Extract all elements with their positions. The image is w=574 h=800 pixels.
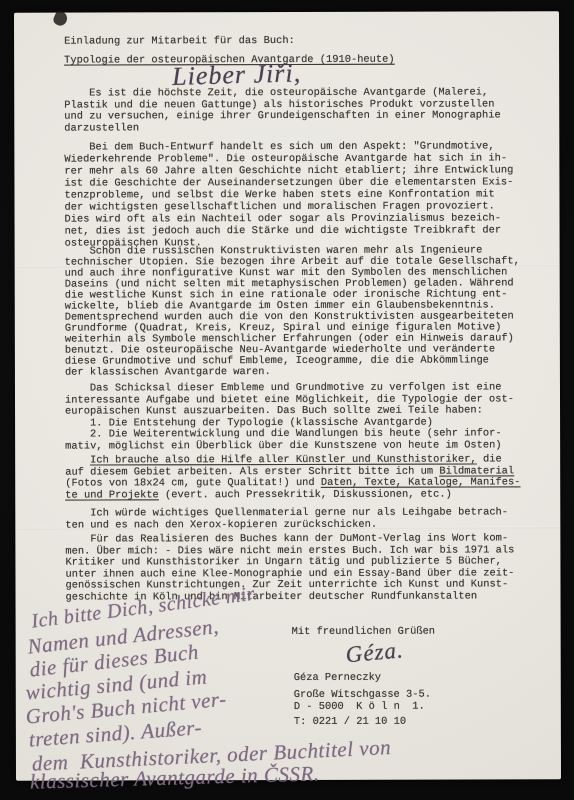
typed-line: te und Projekte (evert. auch Pressekriti… [65, 489, 520, 502]
sender-name: Géza Perneczky [294, 673, 381, 685]
handwritten-margin-note: Ich bitte Dich, schicke mirNamen und Adr… [14, 11, 559, 12]
sender-phone: T: 0221 / 21 10 10 [294, 717, 406, 729]
letter-paper: Einladung zur Mitarbeit für das Buch: Ty… [14, 11, 561, 780]
text-segment: (evert. auch Pressekritik, Diskussionen,… [159, 488, 452, 501]
paragraph: Für das Realisieren des Buches kann der … [65, 533, 514, 604]
paragraph: Ich brauche also die Hilfe aller Künstle… [65, 454, 520, 502]
paragraph: Ich würde wichtiges Quellenmaterial gern… [65, 507, 508, 531]
letter-subject: Einladung zur Mitarbeit für das Buch: [64, 36, 295, 48]
photo-background: Einladung zur Mitarbeit für das Buch: Ty… [0, 0, 574, 800]
underlined-text: te und Projekte [65, 489, 159, 501]
typed-line: der klassischen Avantgarde waren. [65, 366, 520, 378]
typed-line: net, dies ist jedoch auch die Stärke und… [65, 224, 514, 237]
paragraph: Es ist die höchste Zeit, die osteuropäis… [64, 87, 501, 135]
typed-line: mativ, möglichst ein Überblick über die … [65, 440, 514, 453]
typed-paragraphs: Es ist die höchste Zeit, die osteuropäis… [14, 11, 559, 12]
typed-line: darzustellen [64, 122, 501, 135]
underlined-text: Daten, Texte, Kataloge, Manifes- [321, 477, 521, 490]
closing-salutation: Mit freundlichen Grüßen [292, 627, 435, 639]
text-segment: die [477, 453, 502, 465]
sender-block: Géza Perneczky Große Witschgasse 3-5. D … [14, 11, 559, 12]
paragraph: Schon die russischen Konstruktivisten wa… [65, 245, 521, 378]
typed-line: ten und es nach den Xerox-kopieren zurüc… [65, 519, 508, 532]
ink-smudge [52, 10, 70, 28]
paragraph: Bei dem Buch-Entwurf handelt es sich um … [64, 140, 513, 249]
sender-city: D - 5000 K ö l n 1. [294, 702, 425, 714]
paragraph: Das Schicksal dieser Embleme und Grundmo… [65, 382, 514, 453]
underlined-text: Bildmaterial [439, 465, 514, 477]
handwritten-signature: Géza. [345, 637, 405, 668]
text-segment [65, 455, 90, 467]
